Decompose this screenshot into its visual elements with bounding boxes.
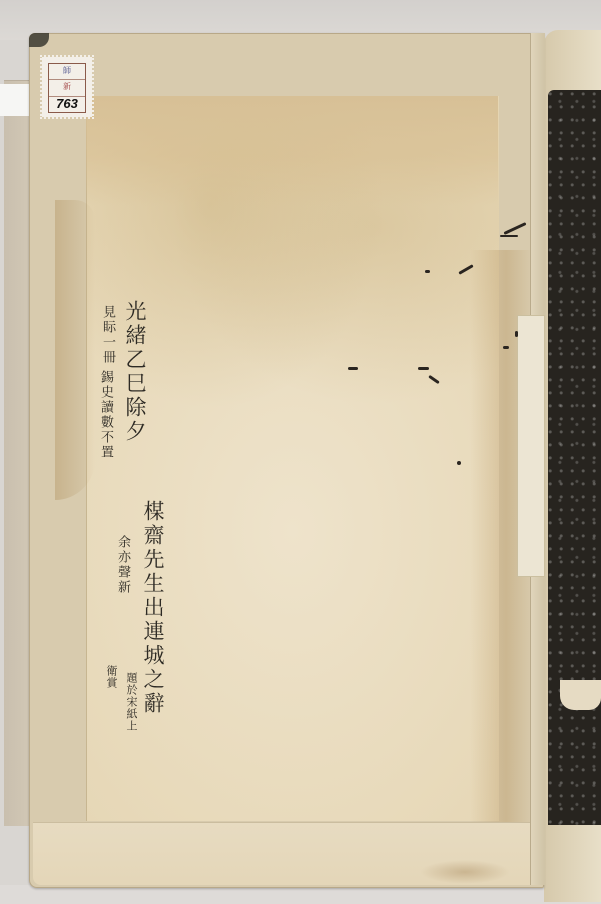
- ink-mark: [425, 270, 430, 273]
- water-stain-left: [55, 200, 95, 500]
- water-stain-bottom: [420, 860, 510, 884]
- paper-flap: [517, 315, 545, 577]
- ink-mark: [500, 235, 518, 237]
- rubbing-paper-gap: [560, 680, 601, 710]
- white-tab: [0, 84, 30, 116]
- label-row-2: 新: [49, 80, 85, 96]
- label-number: 763: [49, 97, 85, 112]
- inscription-column-2: 楳齋先生出連城之辭: [138, 500, 168, 716]
- catalog-label: 師 新 763: [42, 57, 92, 117]
- inscription-column-3: 見眎一冊: [98, 305, 117, 365]
- inscription-column-5: 余亦聲新: [113, 535, 132, 595]
- label-row-1: 師: [49, 64, 85, 80]
- catalog-label-frame: 師 新 763: [48, 63, 86, 113]
- inscription-column-7: 衛賞: [103, 665, 119, 689]
- inscription-column-4: 錫史讀數不置: [96, 370, 115, 460]
- water-stain-top: [86, 96, 498, 206]
- ink-mark: [457, 461, 461, 465]
- ink-rubbing-facing-page: [548, 90, 601, 825]
- ink-mark: [515, 331, 518, 337]
- ink-mark: [348, 367, 358, 370]
- inscription-column-6: 題於宋紙上: [123, 672, 139, 732]
- ink-mark: [418, 367, 429, 370]
- ink-mark: [503, 346, 509, 349]
- inscription-column-1: 光緒乙巳除夕: [120, 300, 150, 444]
